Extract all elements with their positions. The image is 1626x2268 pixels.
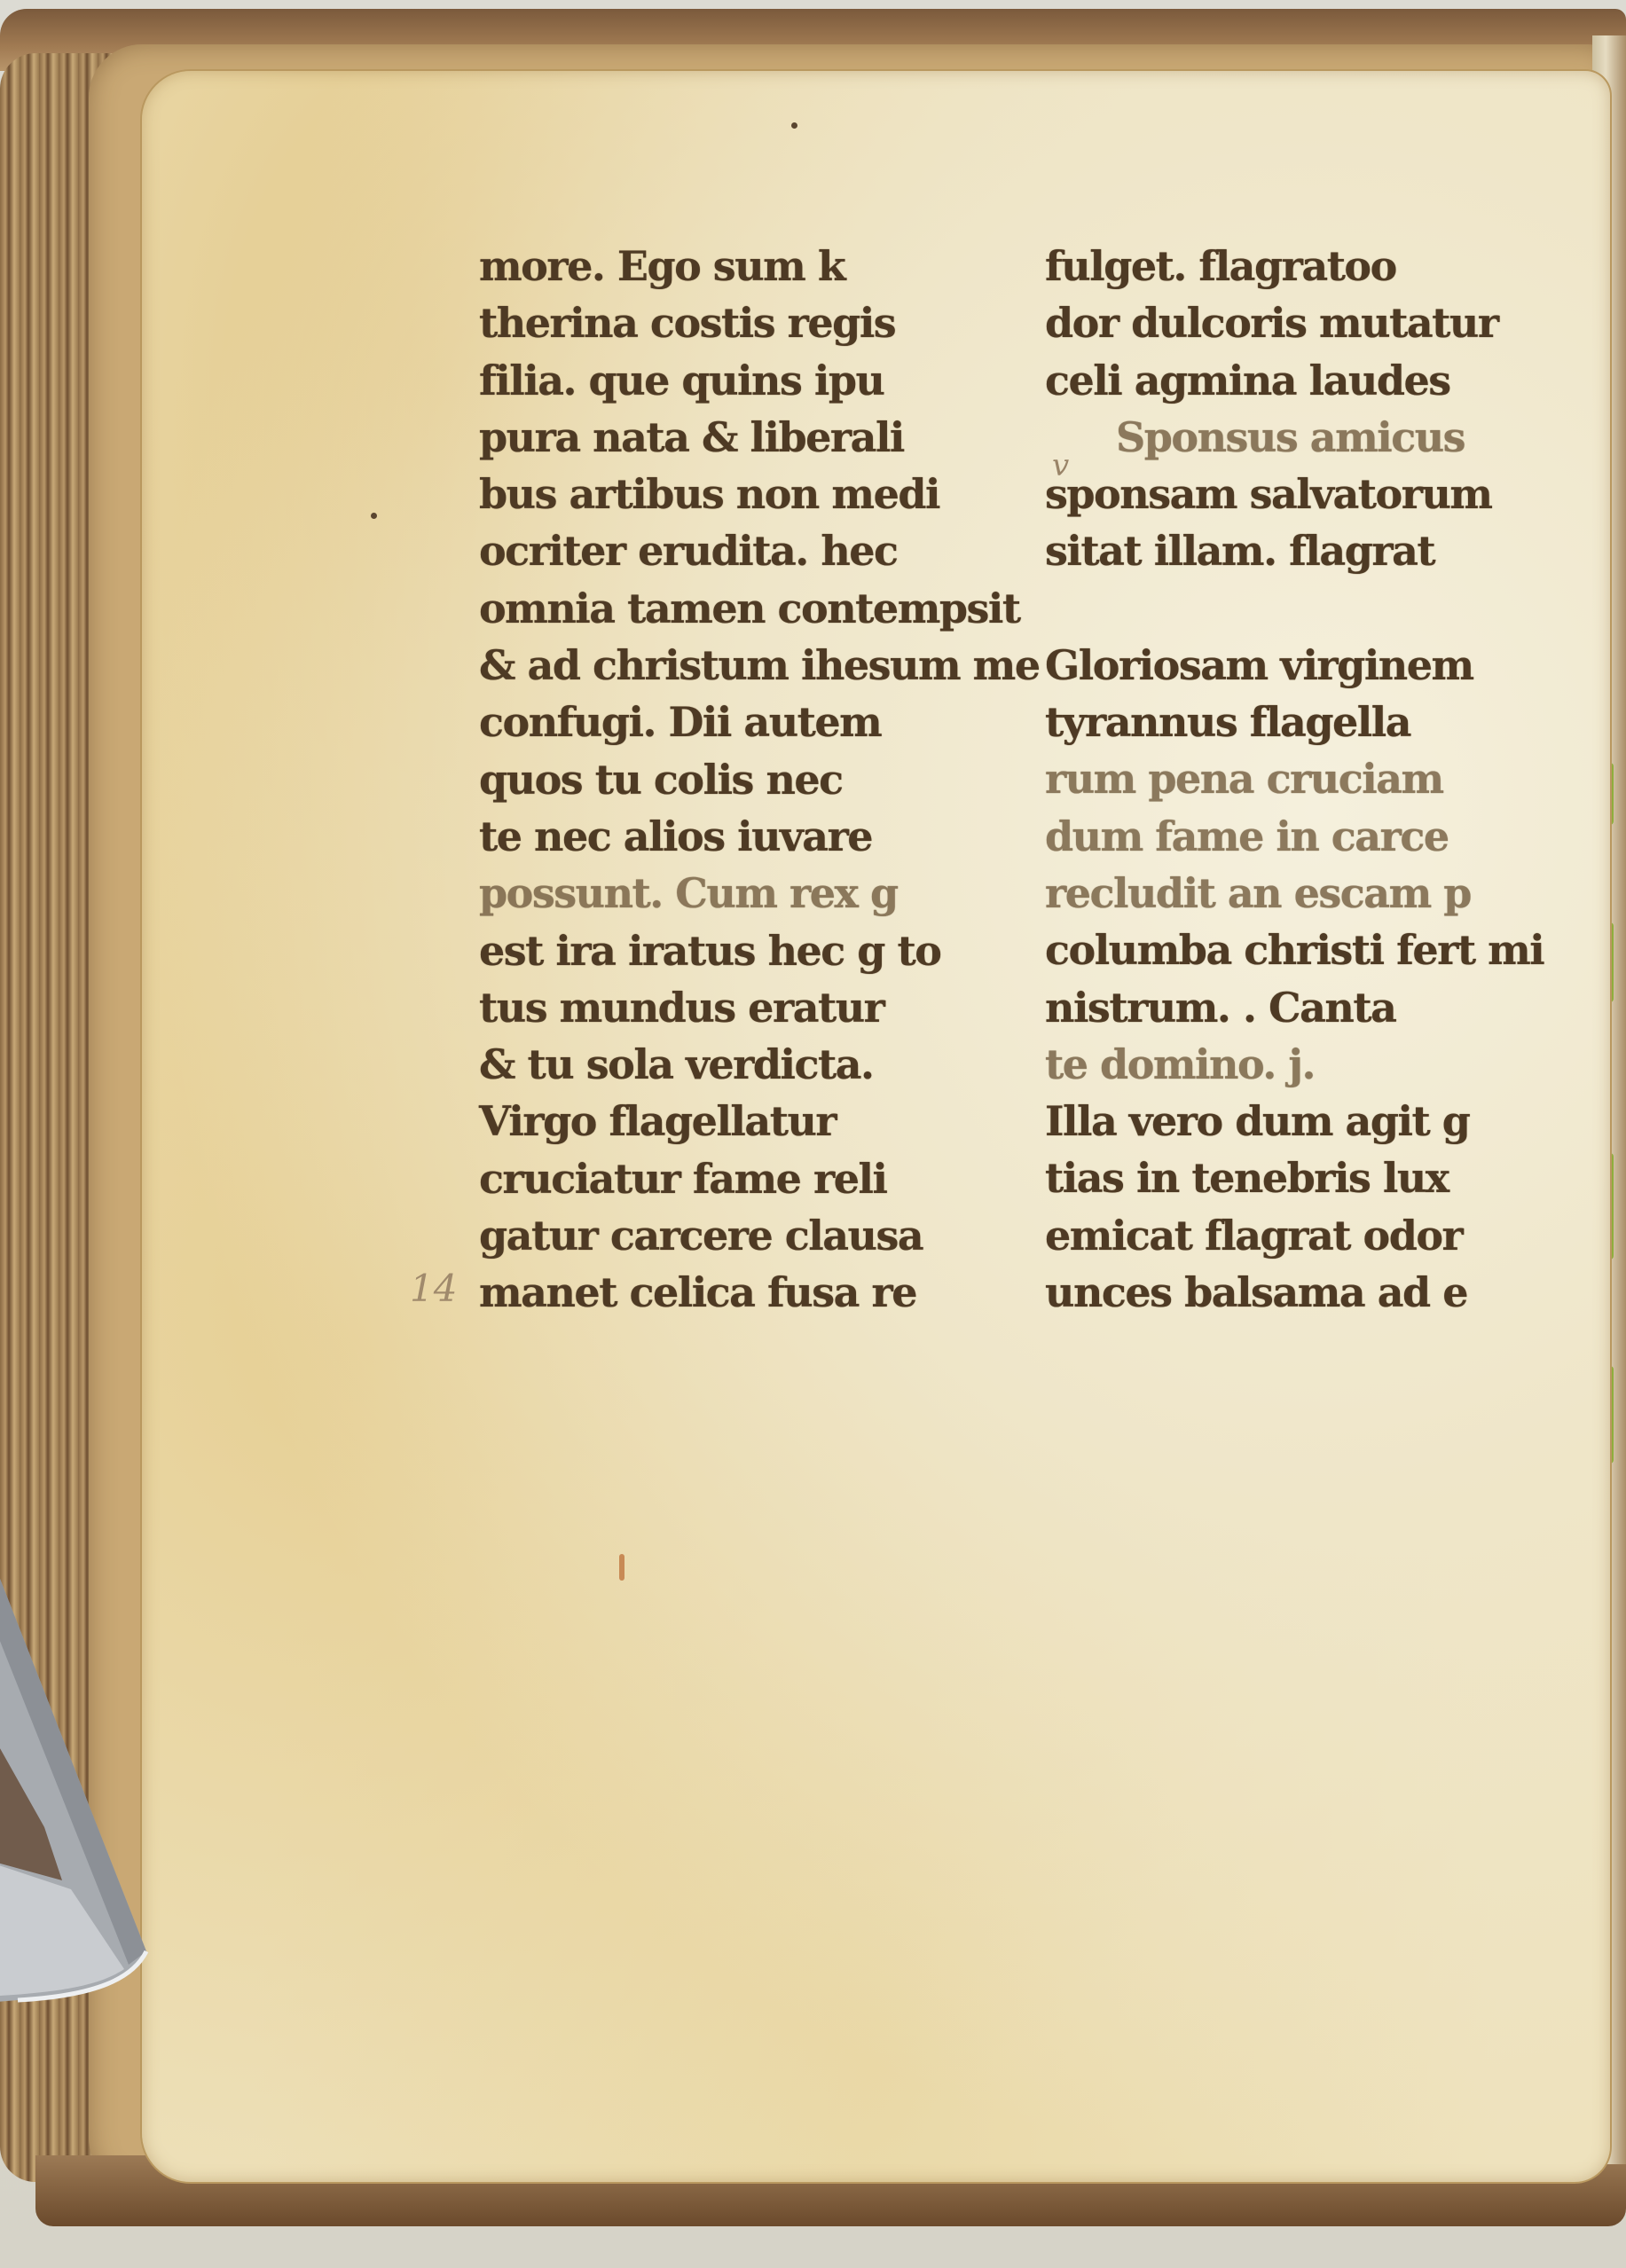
stain-mark	[619, 1554, 624, 1581]
text-line: recludit an escam p	[1045, 865, 1542, 922]
text-line: filia. que quins ipu	[479, 352, 976, 409]
text-line: dor dulcoris mutatur	[1045, 294, 1542, 351]
text-line: unces balsama ad e	[1045, 1264, 1542, 1321]
text-line: fulget. flagratoo	[1045, 238, 1542, 294]
text-line: nistrum. . Canta	[1045, 979, 1542, 1036]
text-line: est ira iratus hec g to	[479, 922, 976, 979]
text-line: manet celica fusa re	[479, 1264, 976, 1321]
text-line: pura nata & liberali	[479, 409, 976, 466]
text-line: Sponsus amicus	[1045, 409, 1542, 466]
text-line: more. Ego sum k	[479, 238, 976, 294]
text-line: tyrannus flagella	[1045, 694, 1542, 750]
text-line: sponsam salvatorum	[1045, 466, 1542, 522]
text-line: Virgo flagellatur	[479, 1093, 976, 1150]
text-column-left: more. Ego sum k therina costis regis fil…	[479, 238, 976, 1322]
text-line: tus mundus eratur	[479, 979, 976, 1036]
text-line: & tu sola verdicta.	[479, 1036, 976, 1093]
text-line: dum fame in carce	[1045, 808, 1542, 865]
text-column-right: fulget. flagratoo dor dulcoris mutatur c…	[1045, 238, 1542, 1321]
text-line: emicat flagrat odor	[1045, 1207, 1542, 1264]
text-line: therina costis regis	[479, 294, 976, 351]
metal-book-clip	[0, 1561, 169, 2022]
text-line: columba christi fert mi	[1045, 922, 1542, 978]
text-line: ocriter erudita. hec	[479, 522, 976, 579]
margin-annotation-number: 14	[410, 1267, 457, 1310]
text-line: Illa vero dum agit g	[1045, 1093, 1542, 1150]
text-line: omnia tamen contempsit	[479, 580, 976, 637]
ink-speck	[791, 122, 797, 129]
text-line: sitat illam. flagrat	[1045, 522, 1542, 579]
text-line: celi agmina laudes	[1045, 352, 1542, 409]
text-line: te domino. j.	[1045, 1036, 1542, 1093]
text-line: bus artibus non medi	[479, 466, 976, 522]
text-line: tias in tenebris lux	[1045, 1150, 1542, 1206]
text-line: cruciatur fame reli	[479, 1150, 976, 1207]
text-line: confugi. Dii autem	[479, 694, 976, 750]
text-line: Gloriosam virginem	[1045, 637, 1542, 694]
text-line: te nec alios iuvare	[479, 808, 976, 865]
text-line: gatur carcere clausa	[479, 1207, 976, 1264]
text-line: quos tu colis nec	[479, 751, 976, 808]
ink-speck	[371, 513, 377, 519]
text-line: & ad christum ihesum me	[479, 637, 976, 694]
text-line: rum pena cruciam	[1045, 750, 1542, 807]
text-line: possunt. Cum rex g	[479, 865, 976, 922]
